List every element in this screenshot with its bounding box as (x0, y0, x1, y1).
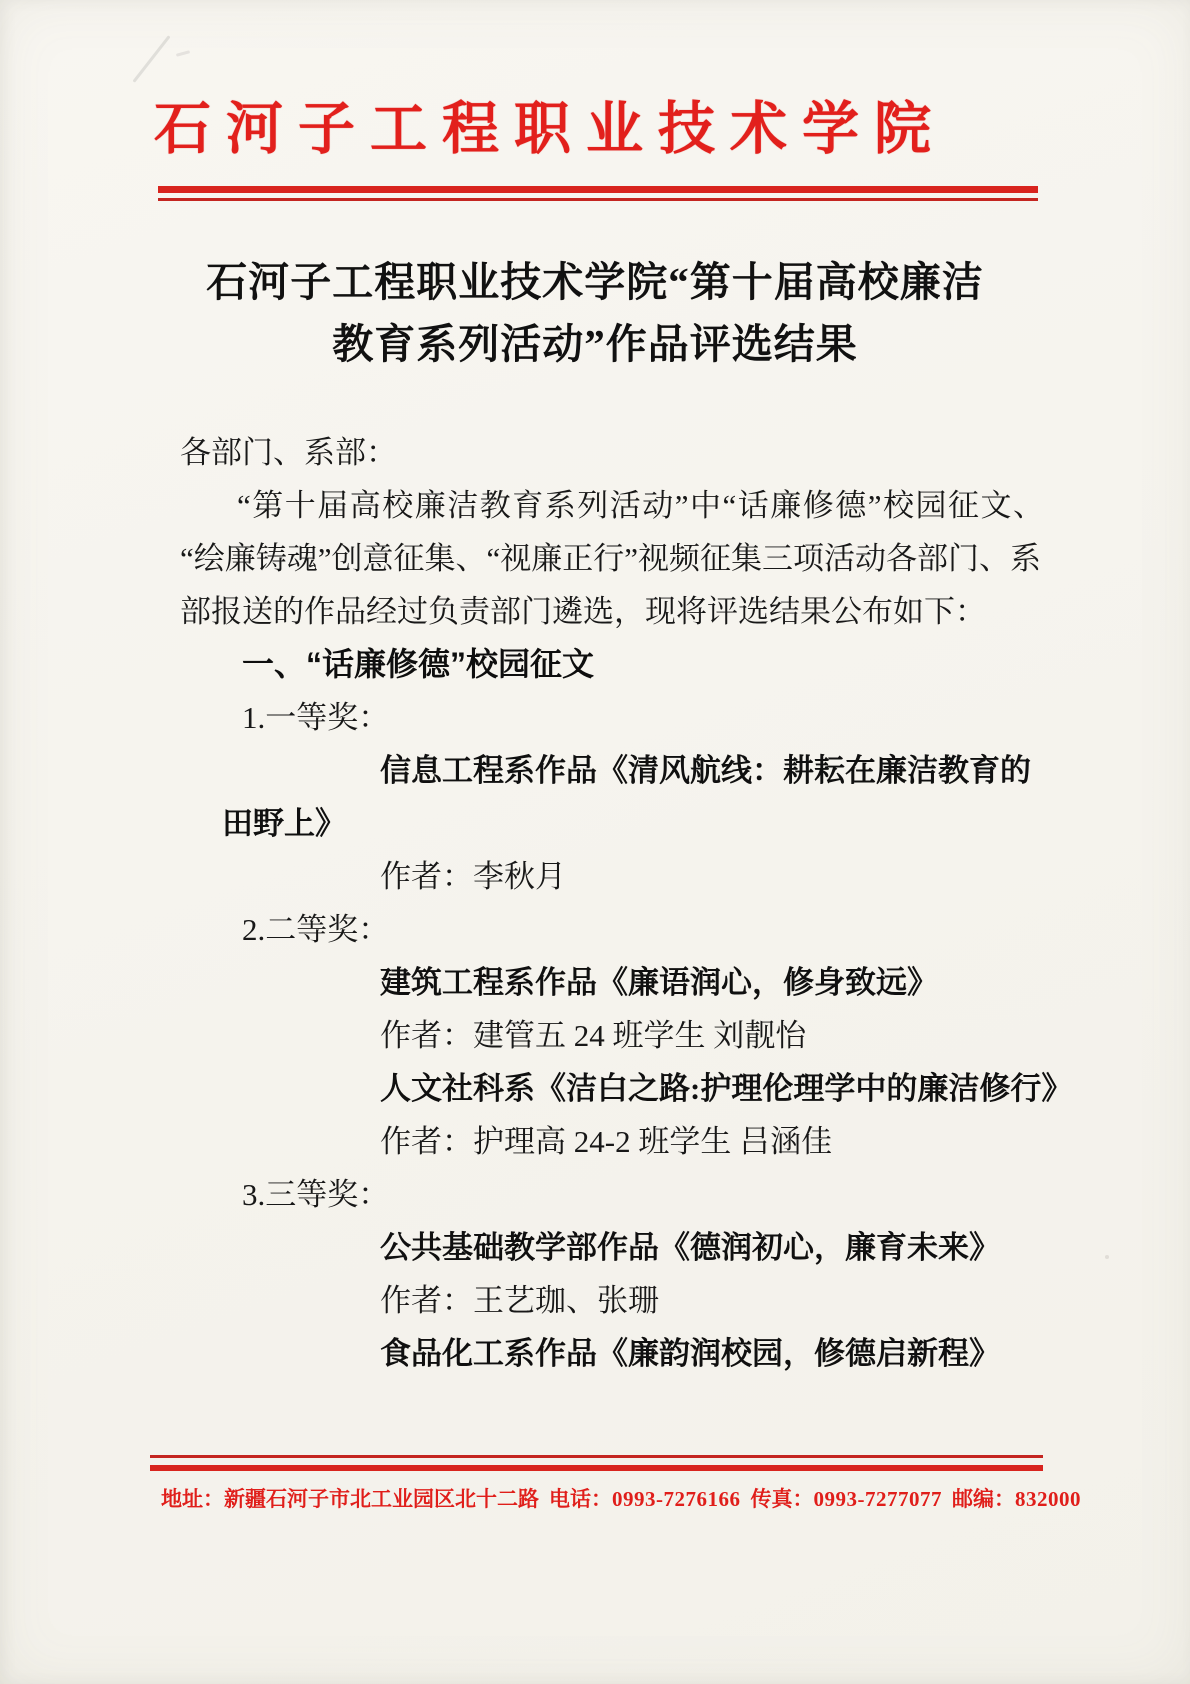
header-rule-thin (158, 198, 1038, 201)
third-prize-label: 3.三等奖： (180, 1168, 1040, 1221)
footer-contact-line: 地址：新疆石河子市北工业园区北十二路电话：0993-7276166传真：0993… (161, 1484, 1141, 1514)
scanned-document-page: 石河子工程职业技术学院 石河子工程职业技术学院“第十届高校廉洁 教育系列活动”作… (0, 0, 1190, 1684)
second-prize-author-2: 作者：护理高 24-2 班学生 吕涵佳 (180, 1115, 1040, 1168)
third-prize-author-1: 作者：王艺珈、张珊 (180, 1274, 1040, 1327)
intro-line-1: “第十届高校廉洁教育系列活动”中“话廉修德”校园征文、 (180, 479, 1040, 532)
footer-rule-thick (150, 1465, 1043, 1471)
footer-fax: 0993-7277077 (814, 1487, 943, 1511)
footer-address: 新疆石河子市北工业园区北十二路 (224, 1487, 539, 1511)
first-prize-label: 1.一等奖： (180, 691, 1040, 744)
second-prize-work-1: 建筑工程系作品《廉语润心，修身致远》 (180, 956, 1040, 1009)
scan-smudge (132, 35, 170, 83)
letterhead-title: 石河子工程职业技术学院 (105, 96, 995, 164)
footer-phone-label: 电话： (549, 1487, 612, 1511)
footer-phone: 0993-7276166 (612, 1487, 741, 1511)
first-prize-work-line2: 田野上》 (180, 797, 1040, 850)
footer-rule-thin (150, 1455, 1043, 1458)
first-prize-author: 作者：李秋月 (180, 850, 1040, 903)
footer-postcode: 832000 (1015, 1487, 1081, 1511)
second-prize-author-1: 作者：建管五 24 班学生 刘靓怡 (180, 1009, 1040, 1062)
header-rule-thick (158, 186, 1038, 193)
footer-fax-label: 传真： (751, 1487, 814, 1511)
second-prize-label: 2.二等奖： (180, 903, 1040, 956)
document-title-line2: 教育系列活动”作品评选结果 (150, 313, 1040, 375)
document-body: 各部门、系部： “第十届高校廉洁教育系列活动”中“话廉修德”校园征文、 “绘廉铸… (180, 426, 1040, 1380)
scan-speck (1105, 1255, 1109, 1259)
scan-smudge (176, 50, 190, 57)
third-prize-work-2: 食品化工系作品《廉韵润校园，修德启新程》 (180, 1327, 1040, 1380)
footer-address-label: 地址： (161, 1487, 224, 1511)
third-prize-work-1: 公共基础教学部作品《德润初心，廉育未来》 (180, 1221, 1040, 1274)
first-prize-work-line1: 信息工程系作品《清风航线：耕耘在廉洁教育的 (180, 744, 1040, 797)
section-1-heading: 一、“话廉修德”校园征文 (180, 638, 1040, 691)
document-title: 石河子工程职业技术学院“第十届高校廉洁 教育系列活动”作品评选结果 (150, 251, 1040, 375)
salutation: 各部门、系部： (180, 426, 1040, 479)
footer-postcode-label: 邮编： (952, 1487, 1015, 1511)
intro-line-3: 部报送的作品经过负责部门遴选，现将评选结果公布如下： (180, 585, 1040, 638)
intro-line-2: “绘廉铸魂”创意征集、“视廉正行”视频征集三项活动各部门、系 (180, 532, 1040, 585)
document-title-line1: 石河子工程职业技术学院“第十届高校廉洁 (150, 251, 1040, 313)
second-prize-work-2: 人文社科系《洁白之路:护理伦理学中的廉洁修行》 (180, 1062, 1040, 1115)
